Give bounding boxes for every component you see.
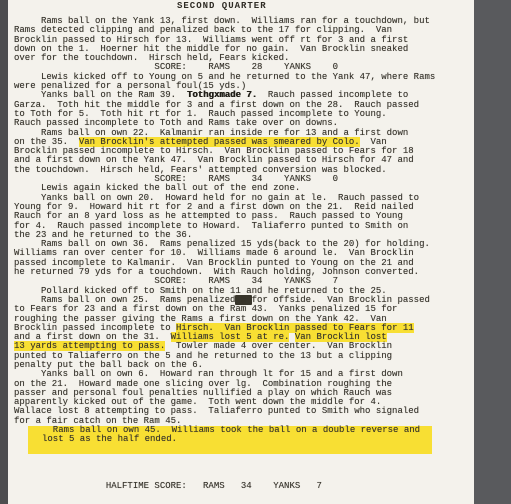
- text-line: [14, 454, 474, 463]
- page-title: SECOND QUARTER: [14, 2, 474, 17]
- highlighted-line: [28, 445, 432, 454]
- text-line: HALFTIME SCORE: RAMS 34 YANKS 7: [14, 482, 474, 491]
- document-page: SECOND QUARTER Rams ball on the Yank 13,…: [8, 0, 474, 504]
- scanner-edge-left: [0, 0, 8, 504]
- highlighted-line: lost 5 as the half ended.: [28, 435, 432, 444]
- document-body: Rams ball on the Yank 13, first down. Wi…: [14, 17, 474, 491]
- scanned-document: SECOND QUARTER Rams ball on the Yank 13,…: [0, 0, 511, 504]
- text-segment: lost 5 as the half ended.: [42, 434, 177, 444]
- scanner-edge-right: [474, 0, 511, 504]
- text-line: [14, 463, 474, 472]
- text-segment: HALFTIME SCORE: RAMS 34 YANKS 7: [14, 481, 322, 491]
